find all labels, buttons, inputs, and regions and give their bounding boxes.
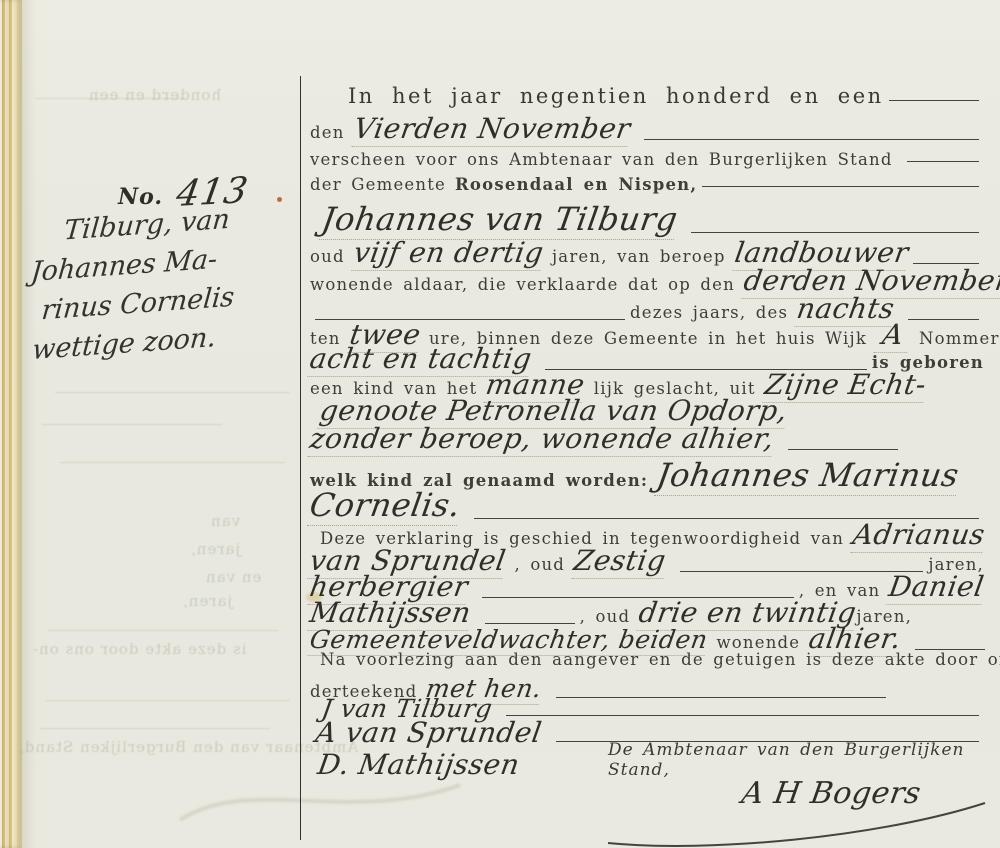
- official-signature-flourish: [600, 795, 995, 848]
- rule-filler: [644, 139, 979, 140]
- bleedthrough-text: jaren,: [190, 540, 240, 558]
- handwritten-mother-residence: zonder beroep, wonende alhier,: [307, 422, 776, 457]
- bleedthrough-line: [42, 424, 222, 425]
- bleedthrough-text: honderd en een: [88, 86, 221, 104]
- rule-filler: [702, 186, 979, 187]
- bleedthrough-text: jaren,: [182, 592, 232, 610]
- bleedthrough-text: Ambtenaar van den Burgerlijken Stand,: [18, 738, 358, 756]
- line-date: den Vierden November: [310, 112, 984, 147]
- bleedthrough-line: [40, 728, 270, 729]
- line-appeared: verscheen voor ons Ambtenaar van den Bur…: [310, 150, 984, 169]
- printed-den: den: [310, 123, 345, 142]
- printed-appeared: verscheen voor ons Ambtenaar van den Bur…: [310, 150, 893, 169]
- rule-filler: [907, 161, 979, 162]
- handwritten-date: Vierden November: [351, 112, 633, 147]
- bleedthrough-line: [60, 462, 285, 463]
- bleedthrough-line: [35, 98, 185, 99]
- line-year: In het jaar negentien honderd en een: [310, 84, 984, 108]
- rule-filler: [788, 449, 898, 450]
- bleedthrough-line: [55, 392, 290, 393]
- printed-year-text: In het jaar negentien honderd en een: [348, 84, 884, 108]
- bleedthrough-text: van: [210, 512, 240, 530]
- rule-filler: [691, 232, 979, 233]
- official-title: De Ambtenaar van den Burgerlijken Stand,: [608, 740, 1000, 780]
- signature-witness2: D. Mathijssen: [315, 748, 522, 781]
- signature-row-3: D. Mathijssen: [318, 748, 519, 781]
- rule-filler: [889, 100, 979, 101]
- printed-der-gemeente: der Gemeente: [310, 175, 446, 194]
- printed-municipality-name: Roosendaal en Nispen,: [455, 175, 697, 194]
- margin-annotation: Tilburg, van Johannes Ma- rinus Cornelis…: [9, 195, 307, 371]
- bleedthrough-line: [48, 630, 278, 631]
- line-municipality: der Gemeente Roosendaal en Nispen,: [310, 175, 984, 194]
- book-binding-edge: [0, 0, 22, 848]
- bleedthrough-line: [45, 700, 290, 701]
- margin-divider-rule: [300, 76, 301, 840]
- handwritten-declarant-name: Johannes van Tilburg: [319, 200, 680, 240]
- bleedthrough-text: en van: [205, 568, 261, 586]
- line-closing-1: Na voorlezing aan den aangever en de get…: [310, 650, 984, 669]
- line-mother-residence: zonder beroep, wonende alhier,: [310, 422, 984, 457]
- binding-shadow: [22, 0, 36, 848]
- bleedthrough-text: is deze akte door ons on-: [32, 640, 247, 658]
- line-declarant: Johannes van Tilburg: [310, 200, 984, 240]
- birth-certificate-page: honderd en een van jaren, en van jaren, …: [0, 0, 1000, 848]
- signature-witness1: A van Sprundel: [313, 716, 544, 749]
- printed-closing-1: Na voorlezing aan den aangever en de get…: [320, 650, 1000, 669]
